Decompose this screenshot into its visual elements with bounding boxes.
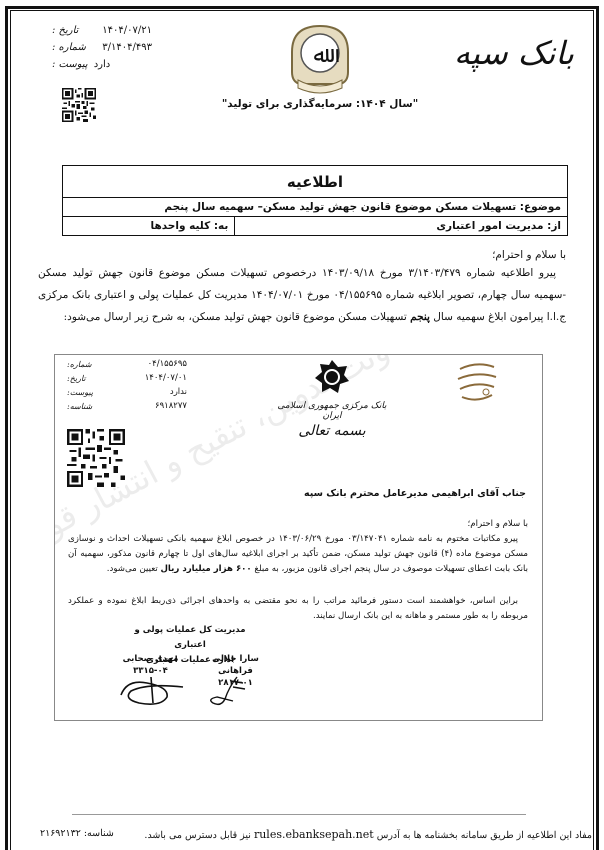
meta-number-value: ۳/۱۴۰۴/۴۹۳ — [102, 42, 152, 53]
letter-meta-number-value: ۰۴/۱۵۵۶۹۵ — [148, 359, 187, 369]
letter-qr-code-icon[interactable] — [67, 429, 125, 487]
body-paragraph-bold: پنجم — [410, 311, 430, 323]
meta-number-label: شماره : — [52, 42, 86, 53]
meta-date-value: ۱۴۰۴/۰۷/۲۱ — [102, 25, 152, 36]
notice-to: به: کلیه واحدها — [63, 217, 234, 235]
body-paragraph: پیرو اطلاعیه شماره ۳/۱۴۰۳/۴۷۹ مورخ ۱۴۰۳/… — [38, 262, 566, 328]
signature-1-icon — [117, 673, 187, 709]
letter-meta-id-label: شناسه: — [67, 402, 92, 411]
letter-meta: ۱۴۰۴/۰۷/۲۱ تاریخ : ۳/۱۴۰۴/۴۹۳ شماره : پی… — [52, 22, 152, 73]
letter-meta-number-label: شماره: — [67, 360, 92, 369]
bank-logo-text: بانک سپه — [454, 34, 574, 72]
letter-meta: ۰۴/۱۵۵۶۹۵ شماره: ۱۴۰۴/۰۷/۰۱ تاریخ: ندارد… — [67, 357, 187, 413]
meta-date-label: تاریخ : — [52, 25, 78, 36]
letter-p1-amount: ۶۰۰ هزار میلیارد ریال — [160, 564, 251, 574]
footer-note: مفاد این اطلاعیه از طریق سامانه بخشنامه … — [144, 828, 592, 841]
footer-id-value: ۲۱۶۹۲۱۳۲ — [40, 828, 81, 839]
central-bank-logo: بانک مرکزی جمهوری اسلامی ایران بسمه تعال… — [277, 359, 387, 439]
year-motto: "سال ۱۴۰۴: سرمایه‌گذاری برای تولید" — [210, 98, 430, 110]
signature-department: مدیریت کل عملیات پولی و اعتباری — [125, 623, 255, 653]
footer-note-part2: نیز قابل دسترس می باشد. — [144, 830, 254, 841]
notice-from: از: مدیریت امور اعتباری — [234, 217, 567, 235]
letter-p1-part2: تعیین می‌شود. — [107, 564, 161, 574]
signer-2-name: مهدی صحابی — [113, 653, 188, 665]
meta-attachment: پیوست : دارد — [52, 56, 152, 73]
letter-meta-id: ۶۹۱۸۲۷۷ شناسه: — [67, 399, 187, 413]
letter-meta-attachment: ندارد پیوست: — [67, 385, 187, 399]
letter-paragraph-2: براین اساس، خواهشمند است دستور فرمائید م… — [68, 594, 528, 624]
letter-addressee: جناب آقای ابراهیمی مدیرعامل محترم بانک س… — [304, 488, 526, 499]
calligraphy-logo-icon — [452, 359, 502, 405]
central-bank-basmala: بسمه تعالی — [277, 423, 387, 439]
notice-from-to-row: از: مدیریت امور اعتباری به: کلیه واحدها — [63, 217, 567, 235]
notice-title: اطلاعیه — [63, 166, 567, 198]
letter-meta-attachment-label: پیوست: — [67, 388, 93, 397]
bank-emblem-icon: ﷲ — [286, 22, 354, 94]
meta-number: ۳/۱۴۰۴/۴۹۳ شماره : — [52, 39, 152, 56]
letter-meta-id-value: ۶۹۱۸۲۷۷ — [155, 401, 187, 411]
body-paragraph-part2: تسهیلات مسکن موضوع قانون جهش تولید مسکن،… — [64, 311, 410, 323]
central-bank-emblem-icon — [314, 359, 350, 395]
letter-meta-date-value: ۱۴۰۴/۰۷/۰۱ — [145, 373, 187, 383]
qr-code-icon[interactable] — [62, 88, 96, 122]
signature-2-icon — [203, 673, 253, 709]
letter-meta-attachment-value: ندارد — [170, 387, 187, 397]
meta-date: ۱۴۰۴/۰۷/۲۱ تاریخ : — [52, 22, 152, 39]
letter-meta-number: ۰۴/۱۵۵۶۹۵ شماره: — [67, 357, 187, 371]
footer-id: شناسه: ۲۱۶۹۲۱۳۲ — [40, 828, 114, 839]
investment-motto-logo — [452, 359, 502, 405]
embedded-letter-image: معاونت تدوین، تنقیح و انتشار قوانین و مق… — [54, 354, 543, 721]
notice-header-table: اطلاعیه موضوع: تسهیلات مسکن موضوع قانون … — [62, 165, 568, 236]
letter-greeting: با سلام و احترام؛ — [68, 517, 528, 532]
footer-divider — [72, 814, 526, 815]
notice-subject: موضوع: تسهیلات مسکن موضوع قانون جهش تولی… — [63, 198, 567, 217]
letter-meta-date-label: تاریخ: — [67, 374, 86, 383]
footer-id-label: شناسه: — [84, 828, 114, 839]
meta-attachment-label: پیوست : — [52, 59, 88, 70]
meta-attachment-value: دارد — [94, 59, 111, 70]
letter-paragraph-1: پیرو مکاتبات مختوم به نامه شماره ۰۳/۱۴۷۰… — [68, 532, 528, 577]
footer-url-link[interactable]: rules.ebanksepah.net — [254, 828, 374, 841]
central-bank-name: بانک مرکزی جمهوری اسلامی ایران — [277, 401, 387, 421]
letter-meta-date: ۱۴۰۴/۰۷/۰۱ تاریخ: — [67, 371, 187, 385]
footer-note-part1: مفاد این اطلاعیه از طریق سامانه بخشنامه … — [374, 830, 592, 841]
